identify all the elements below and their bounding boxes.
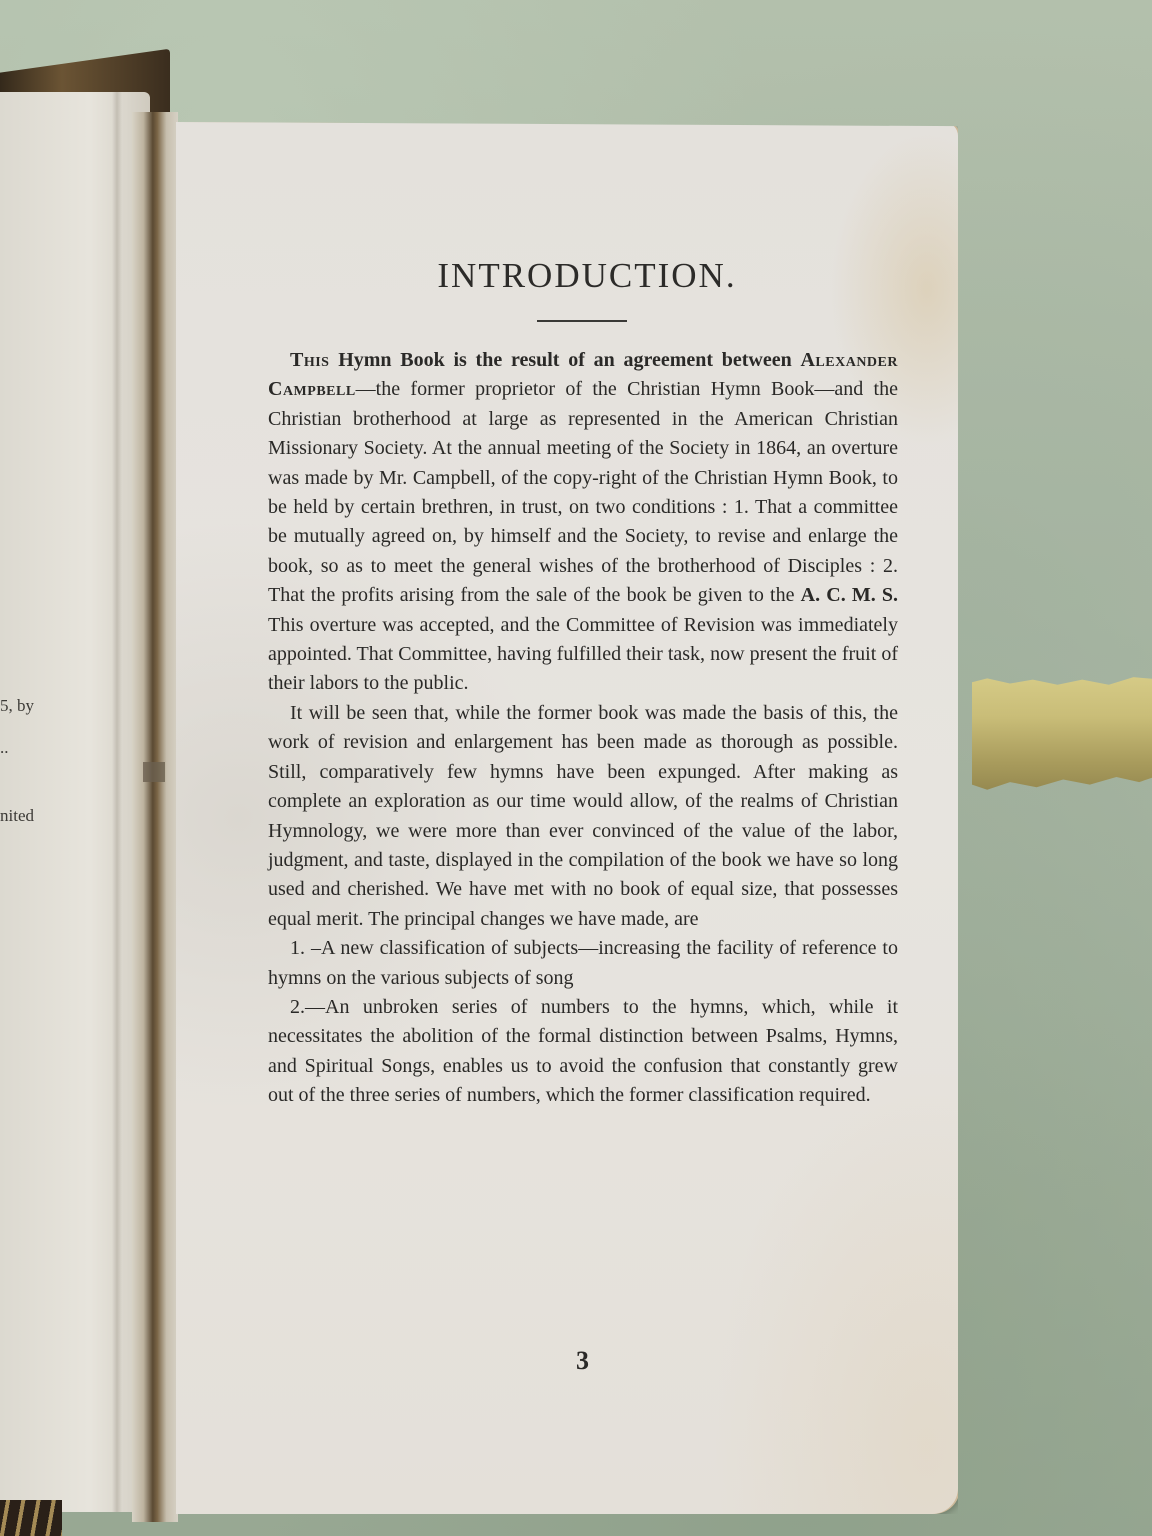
list-item-1: 1. –A new classification of subjects—inc… — [268, 934, 898, 993]
paragraph-text: Hymn Book is the result of an agreement … — [329, 349, 800, 371]
paragraph-1: This Hymn Book is the result of an agree… — [268, 346, 898, 699]
binding-thread-knot — [143, 762, 165, 782]
page-number: 3 — [576, 1346, 589, 1376]
book-cover-edge-bottom — [0, 1500, 62, 1536]
list-item-2: 2.—An unbroken series of numbers to the … — [268, 993, 898, 1111]
lead-word: This — [290, 349, 329, 371]
left-page-crease — [112, 92, 122, 1512]
brass-book-clasp — [972, 672, 1152, 800]
paragraph-2: It will be seen that, while the former b… — [268, 699, 898, 934]
left-page-text-fragment: 5, by — [0, 696, 34, 716]
acronym: A. C. M. S. — [801, 584, 898, 606]
page-title: INTRODUCTION. — [176, 256, 958, 296]
book-page: INTRODUCTION. This Hymn Book is the resu… — [176, 122, 958, 1514]
page-body: This Hymn Book is the result of an agree… — [268, 346, 898, 1111]
left-page-text-fragment: .. — [0, 738, 9, 758]
book-spine-gutter — [132, 112, 178, 1522]
title-rule-divider — [537, 320, 627, 322]
paragraph-text: This overture was accepted, and the Comm… — [268, 614, 898, 695]
paragraph-text: —the former proprietor of the Christian … — [268, 378, 898, 606]
left-page-text-fragment: nited — [0, 806, 34, 826]
left-page — [0, 92, 150, 1512]
